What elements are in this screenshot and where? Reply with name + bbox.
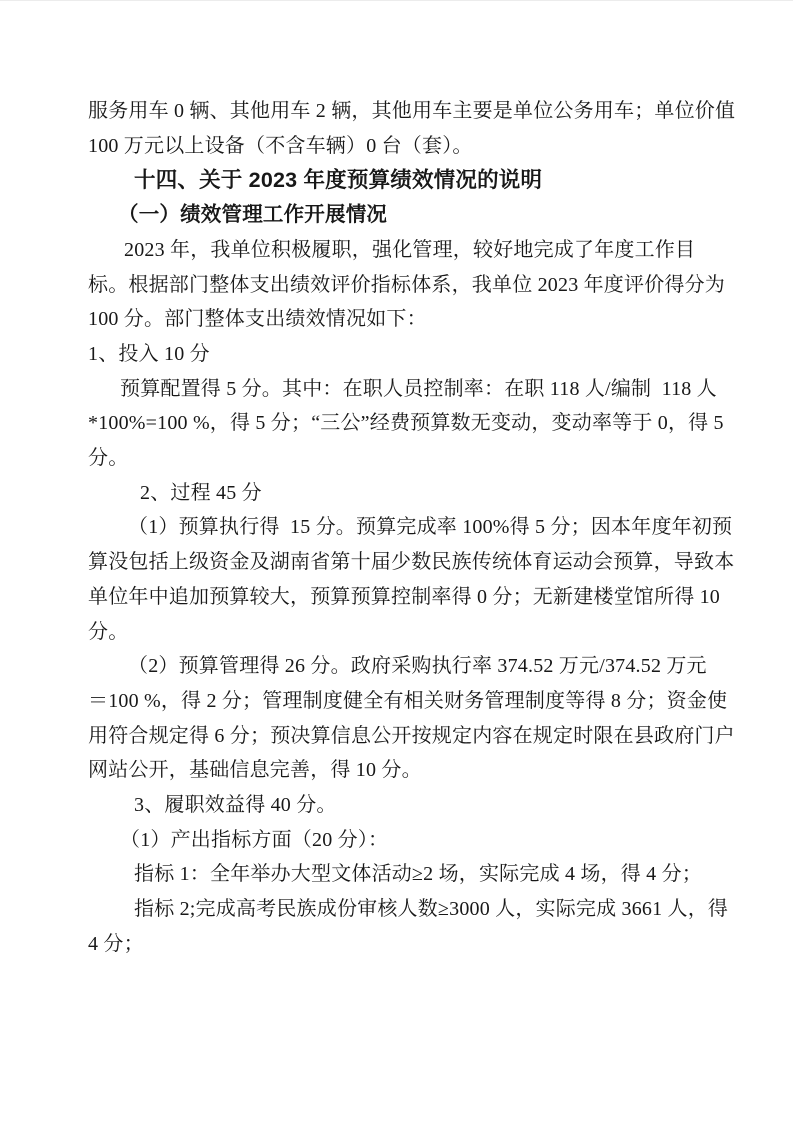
text-line: （2）预算管理得 26 分。政府采购执行率 374.52 万元/374.52 万…: [88, 649, 707, 684]
text-line: 4 分；: [88, 927, 707, 962]
text-line: 分。: [88, 615, 707, 650]
text-line: 指标 1：全年举办大型文体活动≥2 场，实际完成 4 场，得 4 分；: [88, 857, 707, 892]
text-line: 预算配置得 5 分。其中：在职人员控制率：在职 118 人/编制 118 人: [88, 372, 707, 407]
text-line: 分。: [88, 441, 707, 476]
text-line: 服务用车 0 辆、其他用车 2 辆，其他用车主要是单位公务用车；单位价值: [88, 94, 707, 129]
text-line: *100%=100 %，得 5 分；“三公”经费预算数无变动，变动率等于 0，得…: [88, 406, 707, 441]
list-item-heading: 3、履职效益得 40 分。: [88, 788, 707, 823]
list-item-heading: 2、过程 45 分: [88, 476, 707, 511]
text-line: 算没包括上级资金及湖南省第十届少数民族传统体育运动会预算，导致本: [88, 545, 707, 580]
text-line: （1）产出指标方面（20 分）：: [88, 823, 707, 858]
section-heading: 十四、关于 2023 年度预算绩效情况的说明: [88, 163, 707, 198]
text-line: 标。根据部门整体支出绩效评价指标体系，我单位 2023 年度评价得分为: [88, 268, 707, 303]
subsection-heading: （一）绩效管理工作开展情况: [88, 198, 707, 233]
text-line: 网站公开，基础信息完善，得 10 分。: [88, 753, 707, 788]
text-line: ＝100 %，得 2 分；管理制度健全有相关财务管理制度等得 8 分；资金使: [88, 684, 707, 719]
text-line: 指标 2;完成高考民族成份审核人数≥3000 人，实际完成 3661 人，得: [88, 892, 707, 927]
document-page: 服务用车 0 辆、其他用车 2 辆，其他用车主要是单位公务用车；单位价值 100…: [0, 0, 793, 1122]
list-item-heading: 1、投入 10 分: [88, 337, 707, 372]
text-line: 用符合规定得 6 分；预决算信息公开按规定内容在规定时限在县政府门户: [88, 719, 707, 754]
text-line: 100 万元以上设备（不含车辆）0 台（套）。: [88, 129, 707, 164]
text-line: 2023 年，我单位积极履职，强化管理，较好地完成了年度工作目: [88, 233, 707, 268]
text-line: 单位年中追加预算较大，预算预算控制率得 0 分；无新建楼堂馆所得 10: [88, 580, 707, 615]
text-line: （1）预算执行得 15 分。预算完成率 100%得 5 分；因本年度年初预: [88, 510, 707, 545]
text-line: 100 分。部门整体支出绩效情况如下：: [88, 302, 707, 337]
